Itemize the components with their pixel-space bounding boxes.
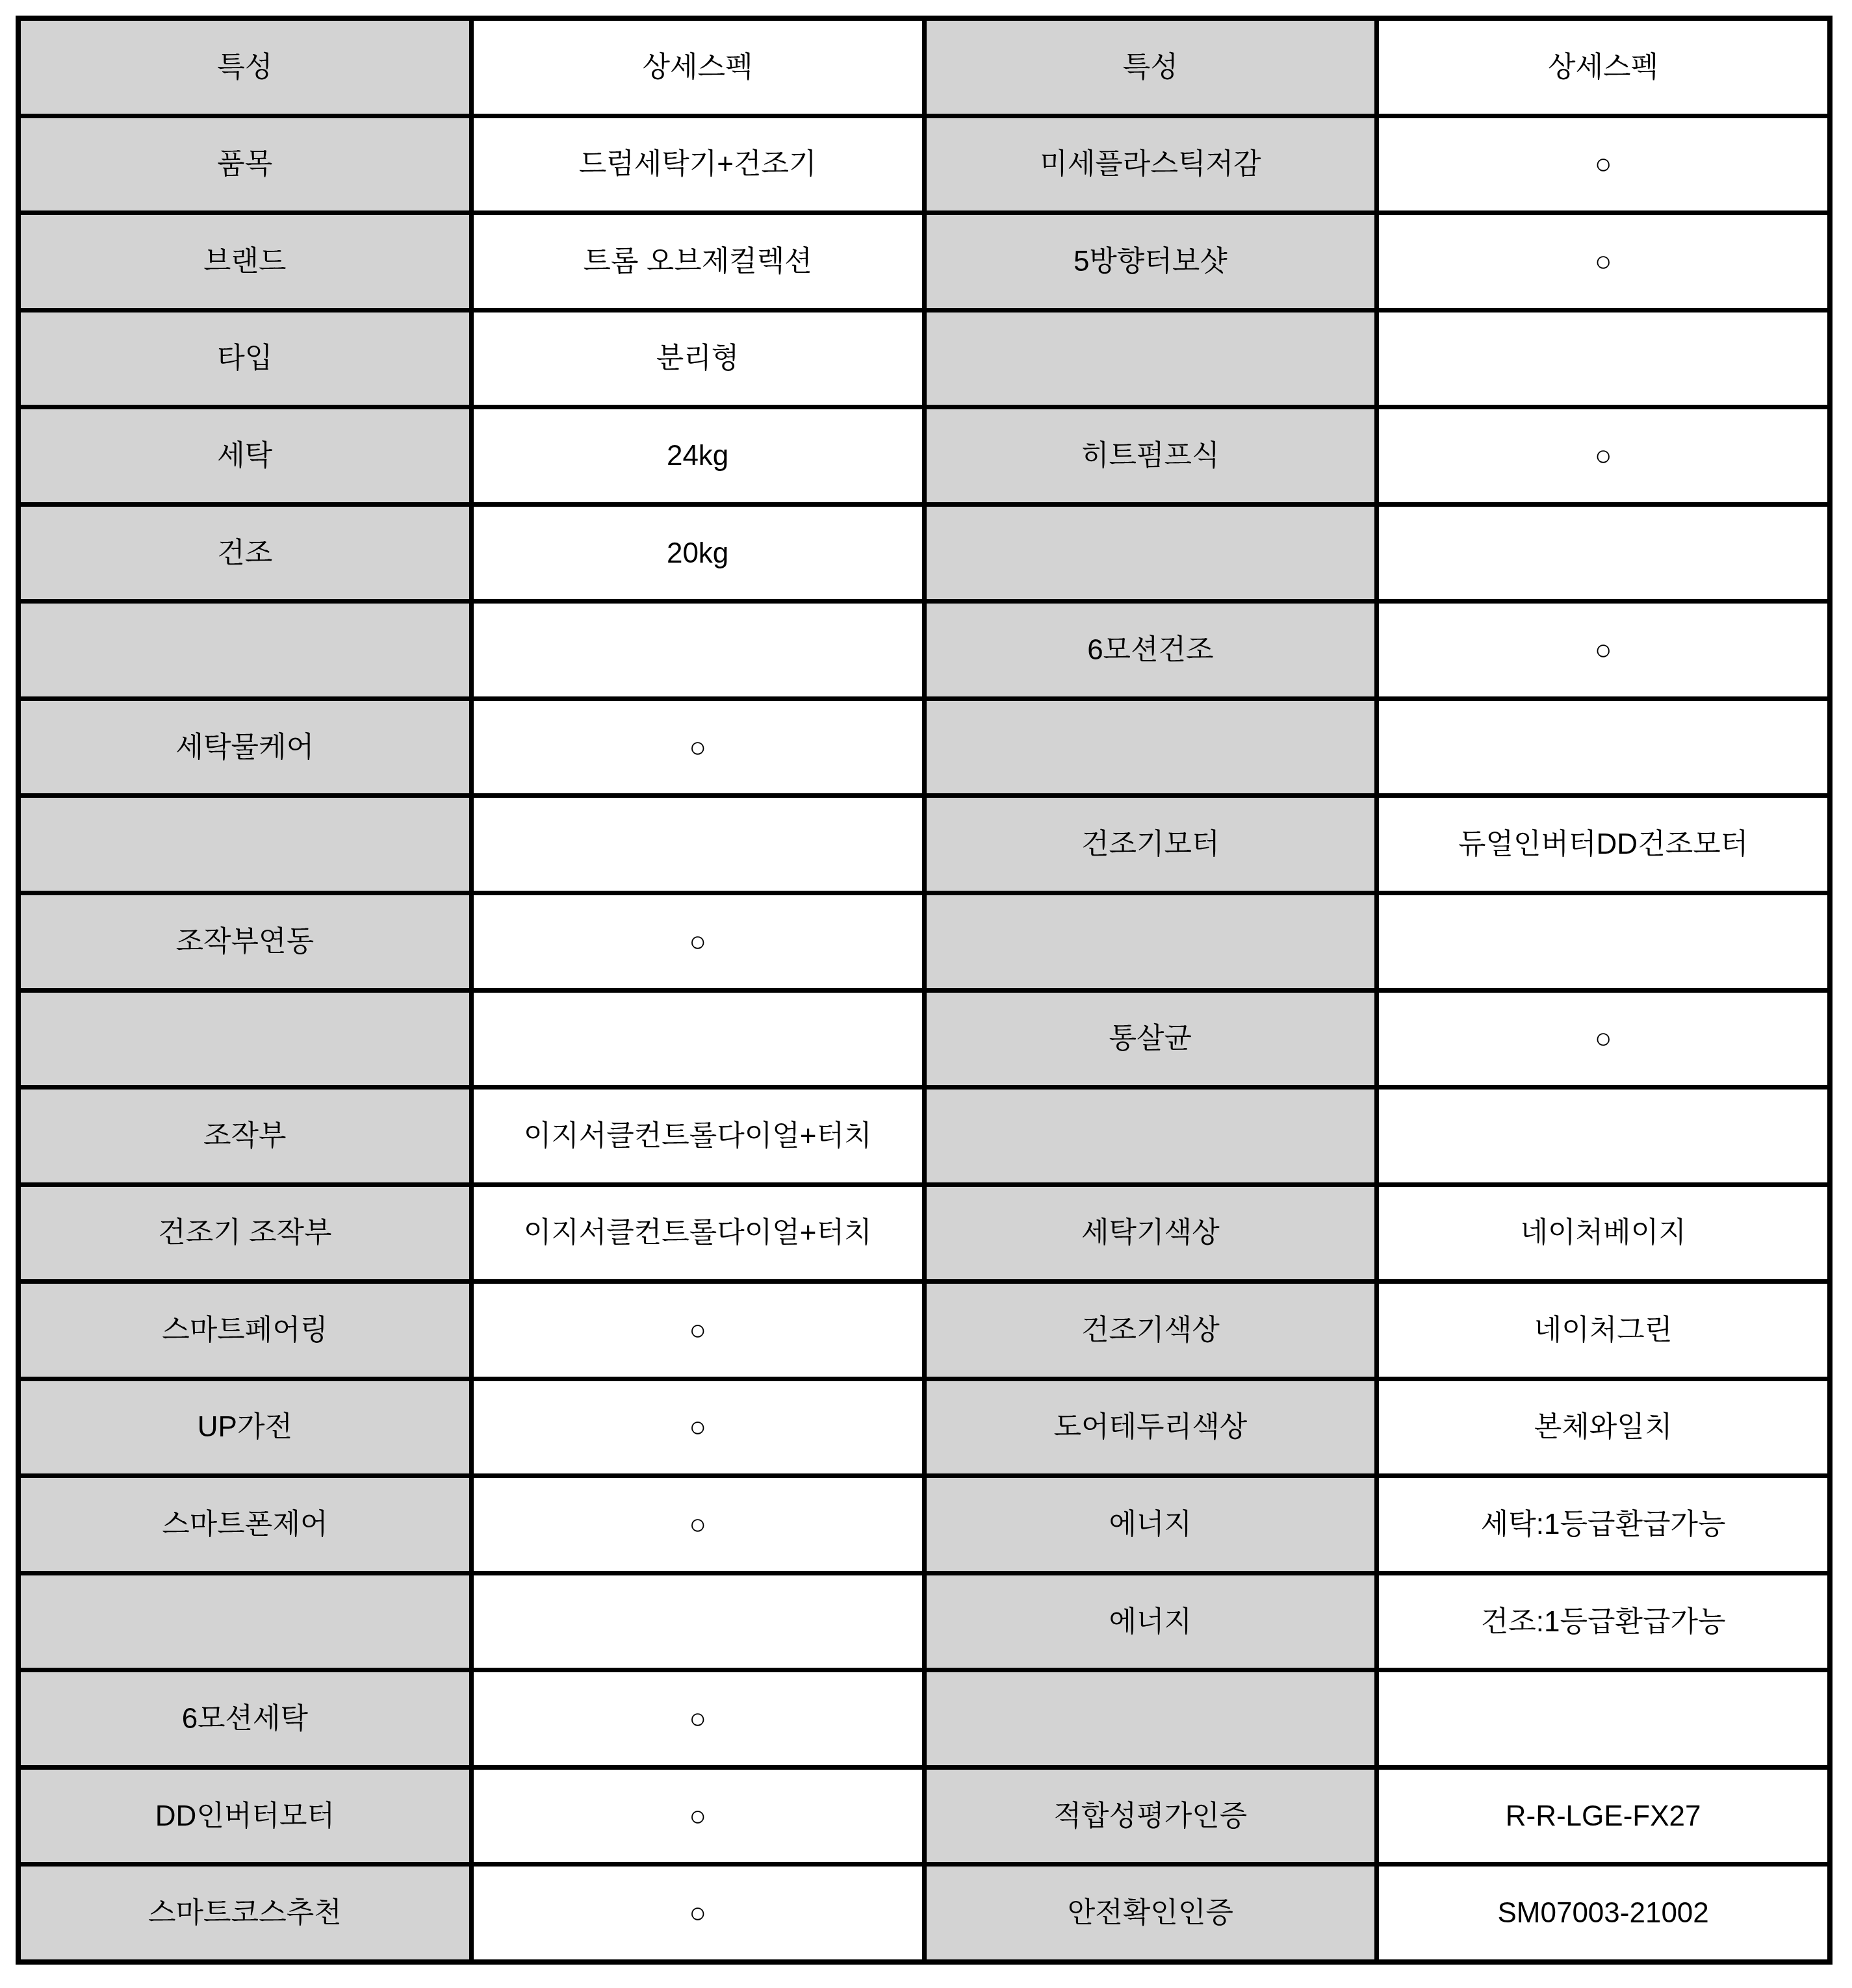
spec-value-cell xyxy=(1379,312,1827,405)
spec-value-cell: 트롬 오브제컬렉션 xyxy=(474,215,922,308)
spec-label-cell: 세탁 xyxy=(21,409,469,502)
spec-value-cell: ○ xyxy=(474,1478,922,1571)
spec-value-cell: R-R-LGE-FX27 xyxy=(1379,1770,1827,1863)
spec-label-cell: 6모션세탁 xyxy=(21,1672,469,1765)
spec-value-cell xyxy=(1379,1672,1827,1765)
spec-value-cell xyxy=(1379,1090,1827,1182)
spec-value-cell: 분리형 xyxy=(474,312,922,405)
spec-label-cell xyxy=(927,895,1375,988)
product-spec-table: 특성 상세스펙 특성 상세스펙 품목드럼세탁기+건조기미세플라스틱저감○브랜드트… xyxy=(16,16,1833,1965)
spec-value-cell: 본체와일치 xyxy=(1379,1381,1827,1474)
spec-label-cell: 안전확인인증 xyxy=(927,1867,1375,1959)
spec-label-cell: 에너지 xyxy=(927,1575,1375,1668)
spec-value-cell: ○ xyxy=(474,1672,922,1765)
spec-label-cell: 건조 xyxy=(21,507,469,600)
spec-label-cell xyxy=(21,798,469,891)
spec-label-cell xyxy=(21,604,469,696)
spec-value-cell: ○ xyxy=(474,895,922,988)
spec-label-cell: 조작부 xyxy=(21,1090,469,1182)
header-spec-cell-right: 상세스펙 xyxy=(1379,21,1827,114)
spec-label-cell: 적합성평가인증 xyxy=(927,1770,1375,1863)
spec-label-cell: 스마트폰제어 xyxy=(21,1478,469,1571)
spec-label-cell xyxy=(927,1672,1375,1765)
spec-label-cell: 도어테두리색상 xyxy=(927,1381,1375,1474)
spec-label-cell: 통살균 xyxy=(927,993,1375,1086)
spec-value-cell: ○ xyxy=(1379,118,1827,211)
spec-label-cell: 세탁물케어 xyxy=(21,701,469,794)
header-attr-cell-right: 특성 xyxy=(927,21,1375,114)
spec-value-cell: 건조:1등급환급가능 xyxy=(1379,1575,1827,1668)
spec-label-cell xyxy=(21,1575,469,1668)
spec-value-cell xyxy=(1379,507,1827,600)
spec-label-cell: 건조기 조작부 xyxy=(21,1187,469,1280)
spec-label-cell xyxy=(21,993,469,1086)
spec-value-cell: 네이처그린 xyxy=(1379,1284,1827,1377)
spec-label-cell xyxy=(927,312,1375,405)
spec-label-cell xyxy=(927,507,1375,600)
spec-value-cell: ○ xyxy=(1379,409,1827,502)
spec-value-cell xyxy=(474,993,922,1086)
spec-value-cell: ○ xyxy=(474,1770,922,1863)
spec-value-cell: ○ xyxy=(474,1284,922,1377)
spec-value-cell: 세탁:1등급환급가능 xyxy=(1379,1478,1827,1571)
spec-label-cell: 스마트페어링 xyxy=(21,1284,469,1377)
spec-label-cell: 5방향터보샷 xyxy=(927,215,1375,308)
spec-value-cell: 듀얼인버터DD건조모터 xyxy=(1379,798,1827,891)
spec-value-cell: ○ xyxy=(1379,215,1827,308)
spec-label-cell: 히트펌프식 xyxy=(927,409,1375,502)
spec-value-cell: 20kg xyxy=(474,507,922,600)
spec-label-cell: 브랜드 xyxy=(21,215,469,308)
spec-label-cell: DD인버터모터 xyxy=(21,1770,469,1863)
spec-value-cell: 이지서클컨트롤다이얼+터치 xyxy=(474,1187,922,1280)
spec-value-cell xyxy=(1379,895,1827,988)
header-attr-cell-left: 특성 xyxy=(21,21,469,114)
spec-label-cell: 미세플라스틱저감 xyxy=(927,118,1375,211)
spec-value-cell: ○ xyxy=(474,701,922,794)
spec-value-cell: 24kg xyxy=(474,409,922,502)
spec-label-cell: 건조기모터 xyxy=(927,798,1375,891)
spec-value-cell: ○ xyxy=(1379,604,1827,696)
spec-value-cell: 네이처베이지 xyxy=(1379,1187,1827,1280)
spec-label-cell xyxy=(927,701,1375,794)
spec-value-cell xyxy=(474,798,922,891)
spec-value-cell: ○ xyxy=(474,1381,922,1474)
spec-label-cell: 건조기색상 xyxy=(927,1284,1375,1377)
spec-value-cell: SM07003-21002 xyxy=(1379,1867,1827,1959)
spec-value-cell xyxy=(474,1575,922,1668)
spec-value-cell xyxy=(474,604,922,696)
spec-label-cell: 스마트코스추천 xyxy=(21,1867,469,1959)
spec-value-cell: ○ xyxy=(474,1867,922,1959)
spec-value-cell: 이지서클컨트롤다이얼+터치 xyxy=(474,1090,922,1182)
spec-label-cell: 품목 xyxy=(21,118,469,211)
spec-label-cell: UP가전 xyxy=(21,1381,469,1474)
spec-label-cell xyxy=(927,1090,1375,1182)
spec-label-cell: 6모션건조 xyxy=(927,604,1375,696)
spec-value-cell: 드럼세탁기+건조기 xyxy=(474,118,922,211)
spec-value-cell xyxy=(1379,701,1827,794)
header-spec-cell-left: 상세스펙 xyxy=(474,21,922,114)
spec-value-cell: ○ xyxy=(1379,993,1827,1086)
spec-label-cell: 에너지 xyxy=(927,1478,1375,1571)
spec-label-cell: 조작부연동 xyxy=(21,895,469,988)
spec-label-cell: 타입 xyxy=(21,312,469,405)
spec-label-cell: 세탁기색상 xyxy=(927,1187,1375,1280)
